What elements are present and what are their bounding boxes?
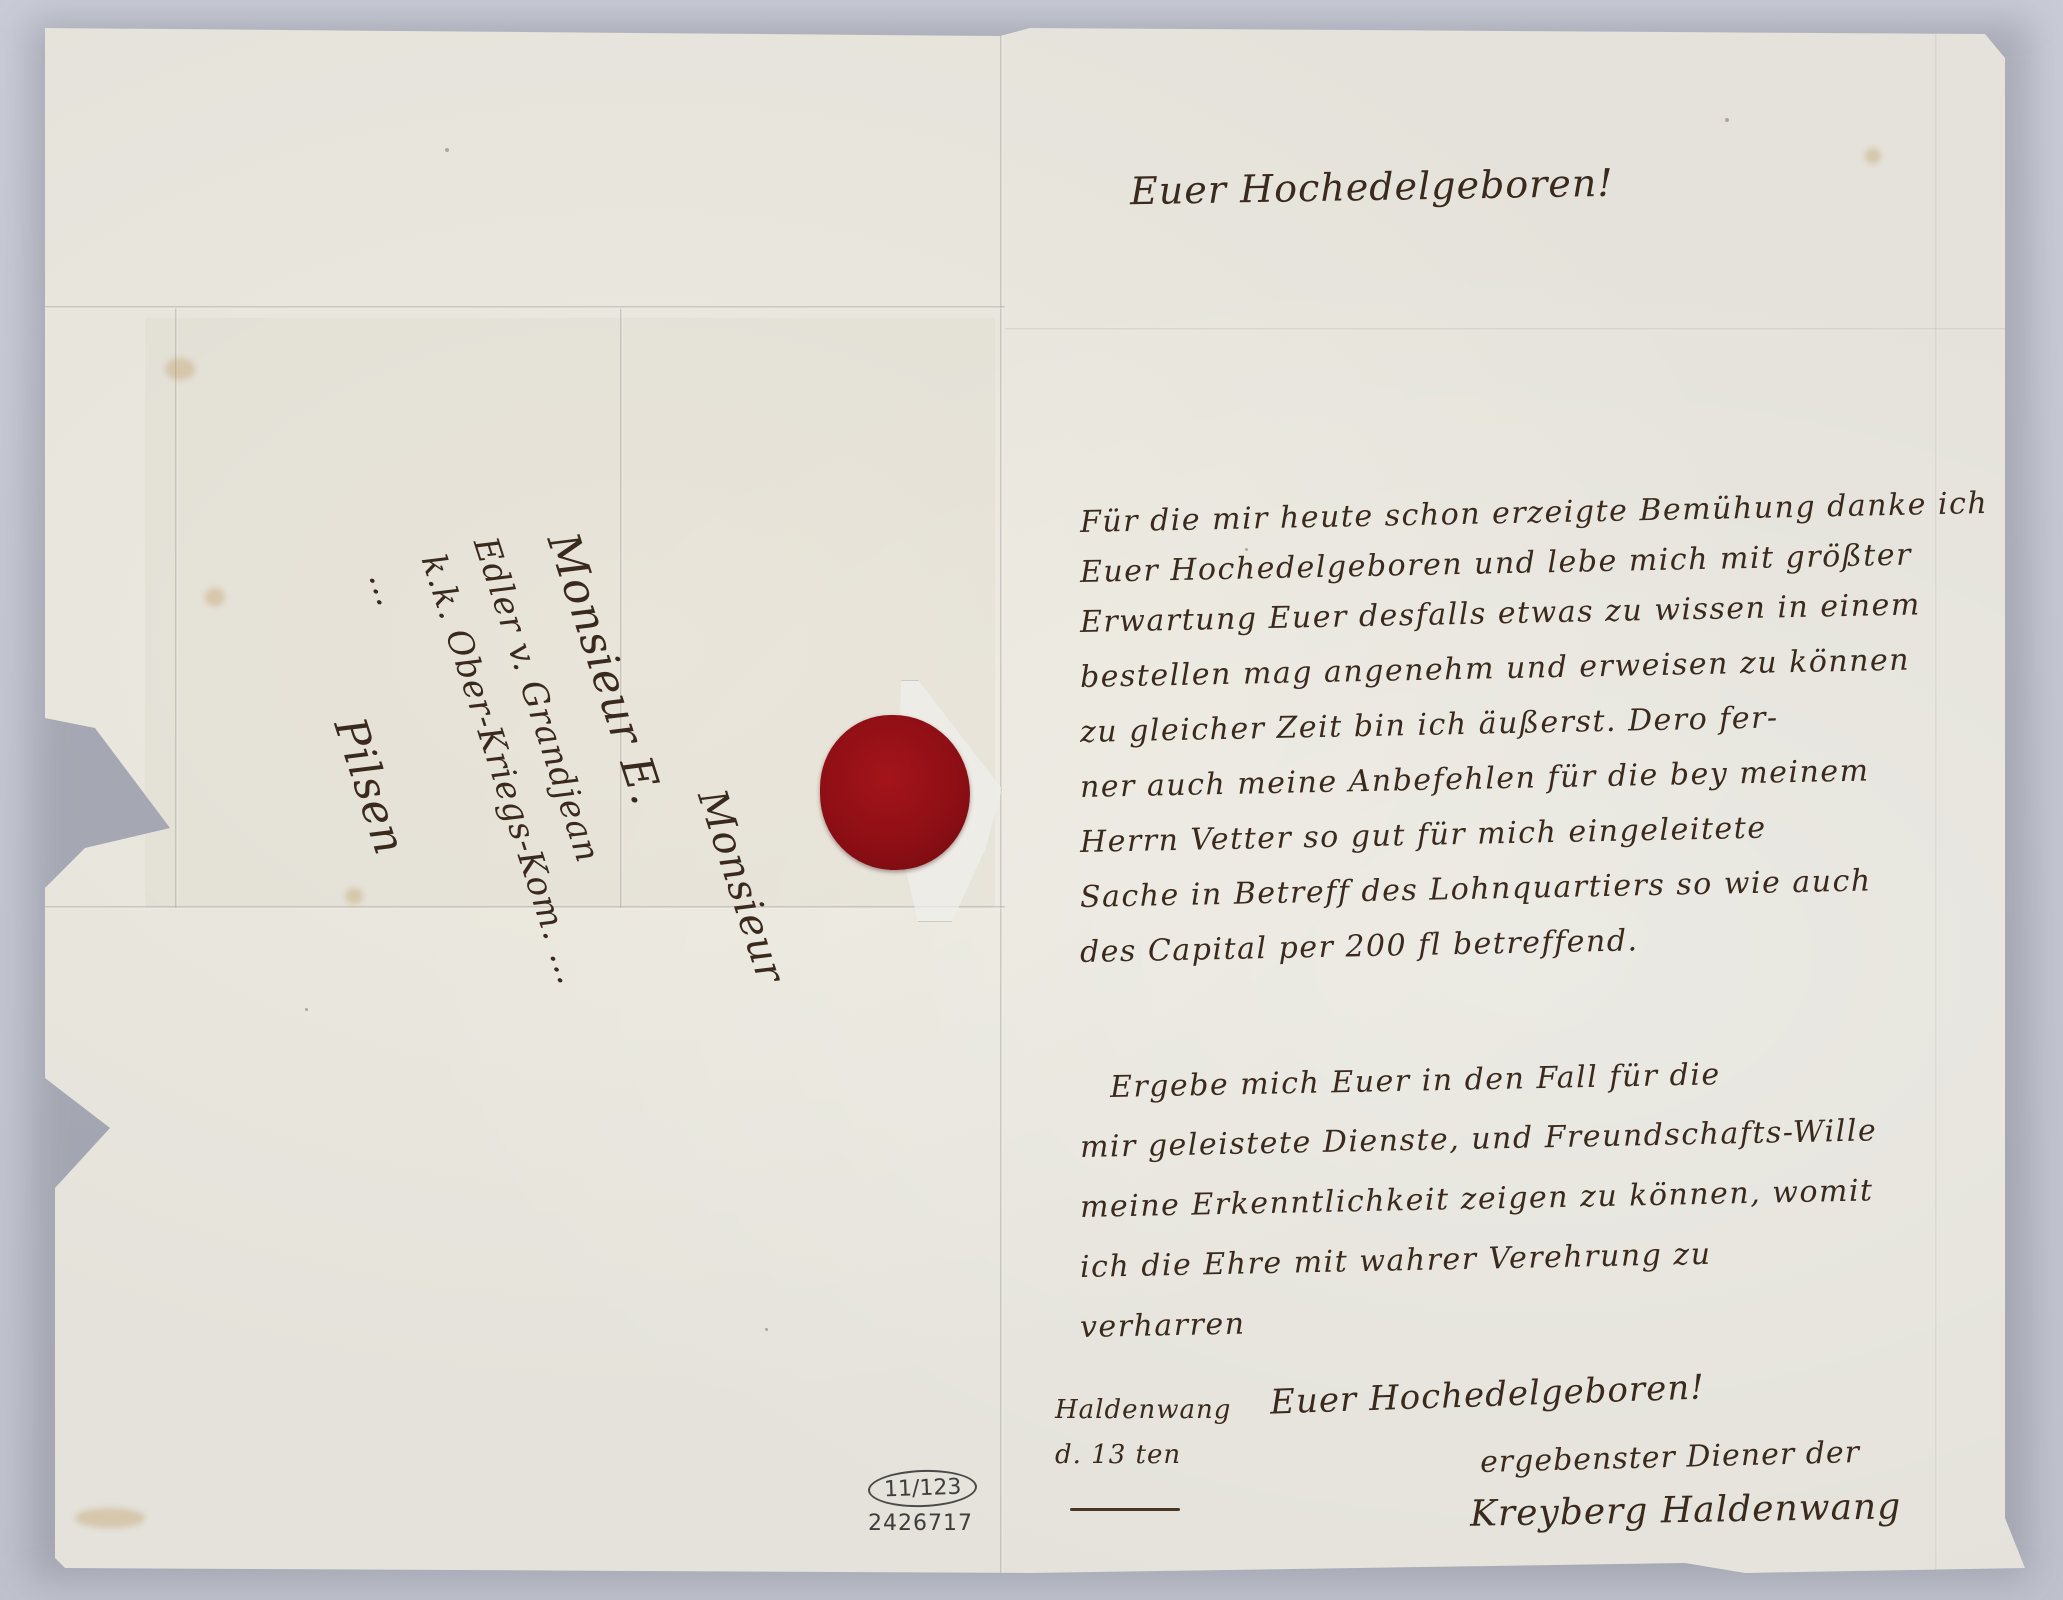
address-line-extra: … bbox=[360, 566, 409, 612]
archive-marks: 11/123 2426717 bbox=[868, 1470, 977, 1536]
right-upper-fold bbox=[1005, 328, 2005, 331]
paper-speck bbox=[445, 148, 449, 152]
margin-note-place: Haldenwang bbox=[1055, 1395, 1231, 1425]
archive-oval-label: 11/123 bbox=[867, 1468, 978, 1509]
address-line-city: Pilsen bbox=[324, 712, 416, 862]
foxing-stain bbox=[165, 358, 195, 380]
wax-seal bbox=[815, 680, 1005, 920]
date-underline bbox=[1070, 1508, 1180, 1511]
archive-number: 2426717 bbox=[868, 1511, 977, 1536]
foxing-stain bbox=[1865, 148, 1881, 164]
paper-speck bbox=[1725, 118, 1729, 122]
red-wax-seal bbox=[820, 715, 970, 870]
signature: Kreyberg Haldenwang bbox=[1470, 1486, 1902, 1535]
left-panel-fold bbox=[175, 308, 178, 908]
margin-note-date: d. 13 ten bbox=[1055, 1440, 1181, 1470]
right-edge-fold bbox=[1935, 28, 1938, 1573]
upper-fold bbox=[45, 306, 1005, 309]
letter-line: verharren bbox=[1080, 1307, 1246, 1345]
paper-speck bbox=[305, 1008, 308, 1011]
foxing-stain bbox=[205, 588, 225, 606]
letter-salutation: Euer Hochedelgeboren! bbox=[1130, 161, 1614, 213]
paper-speck bbox=[765, 1328, 768, 1331]
foxing-stain bbox=[75, 1508, 145, 1528]
